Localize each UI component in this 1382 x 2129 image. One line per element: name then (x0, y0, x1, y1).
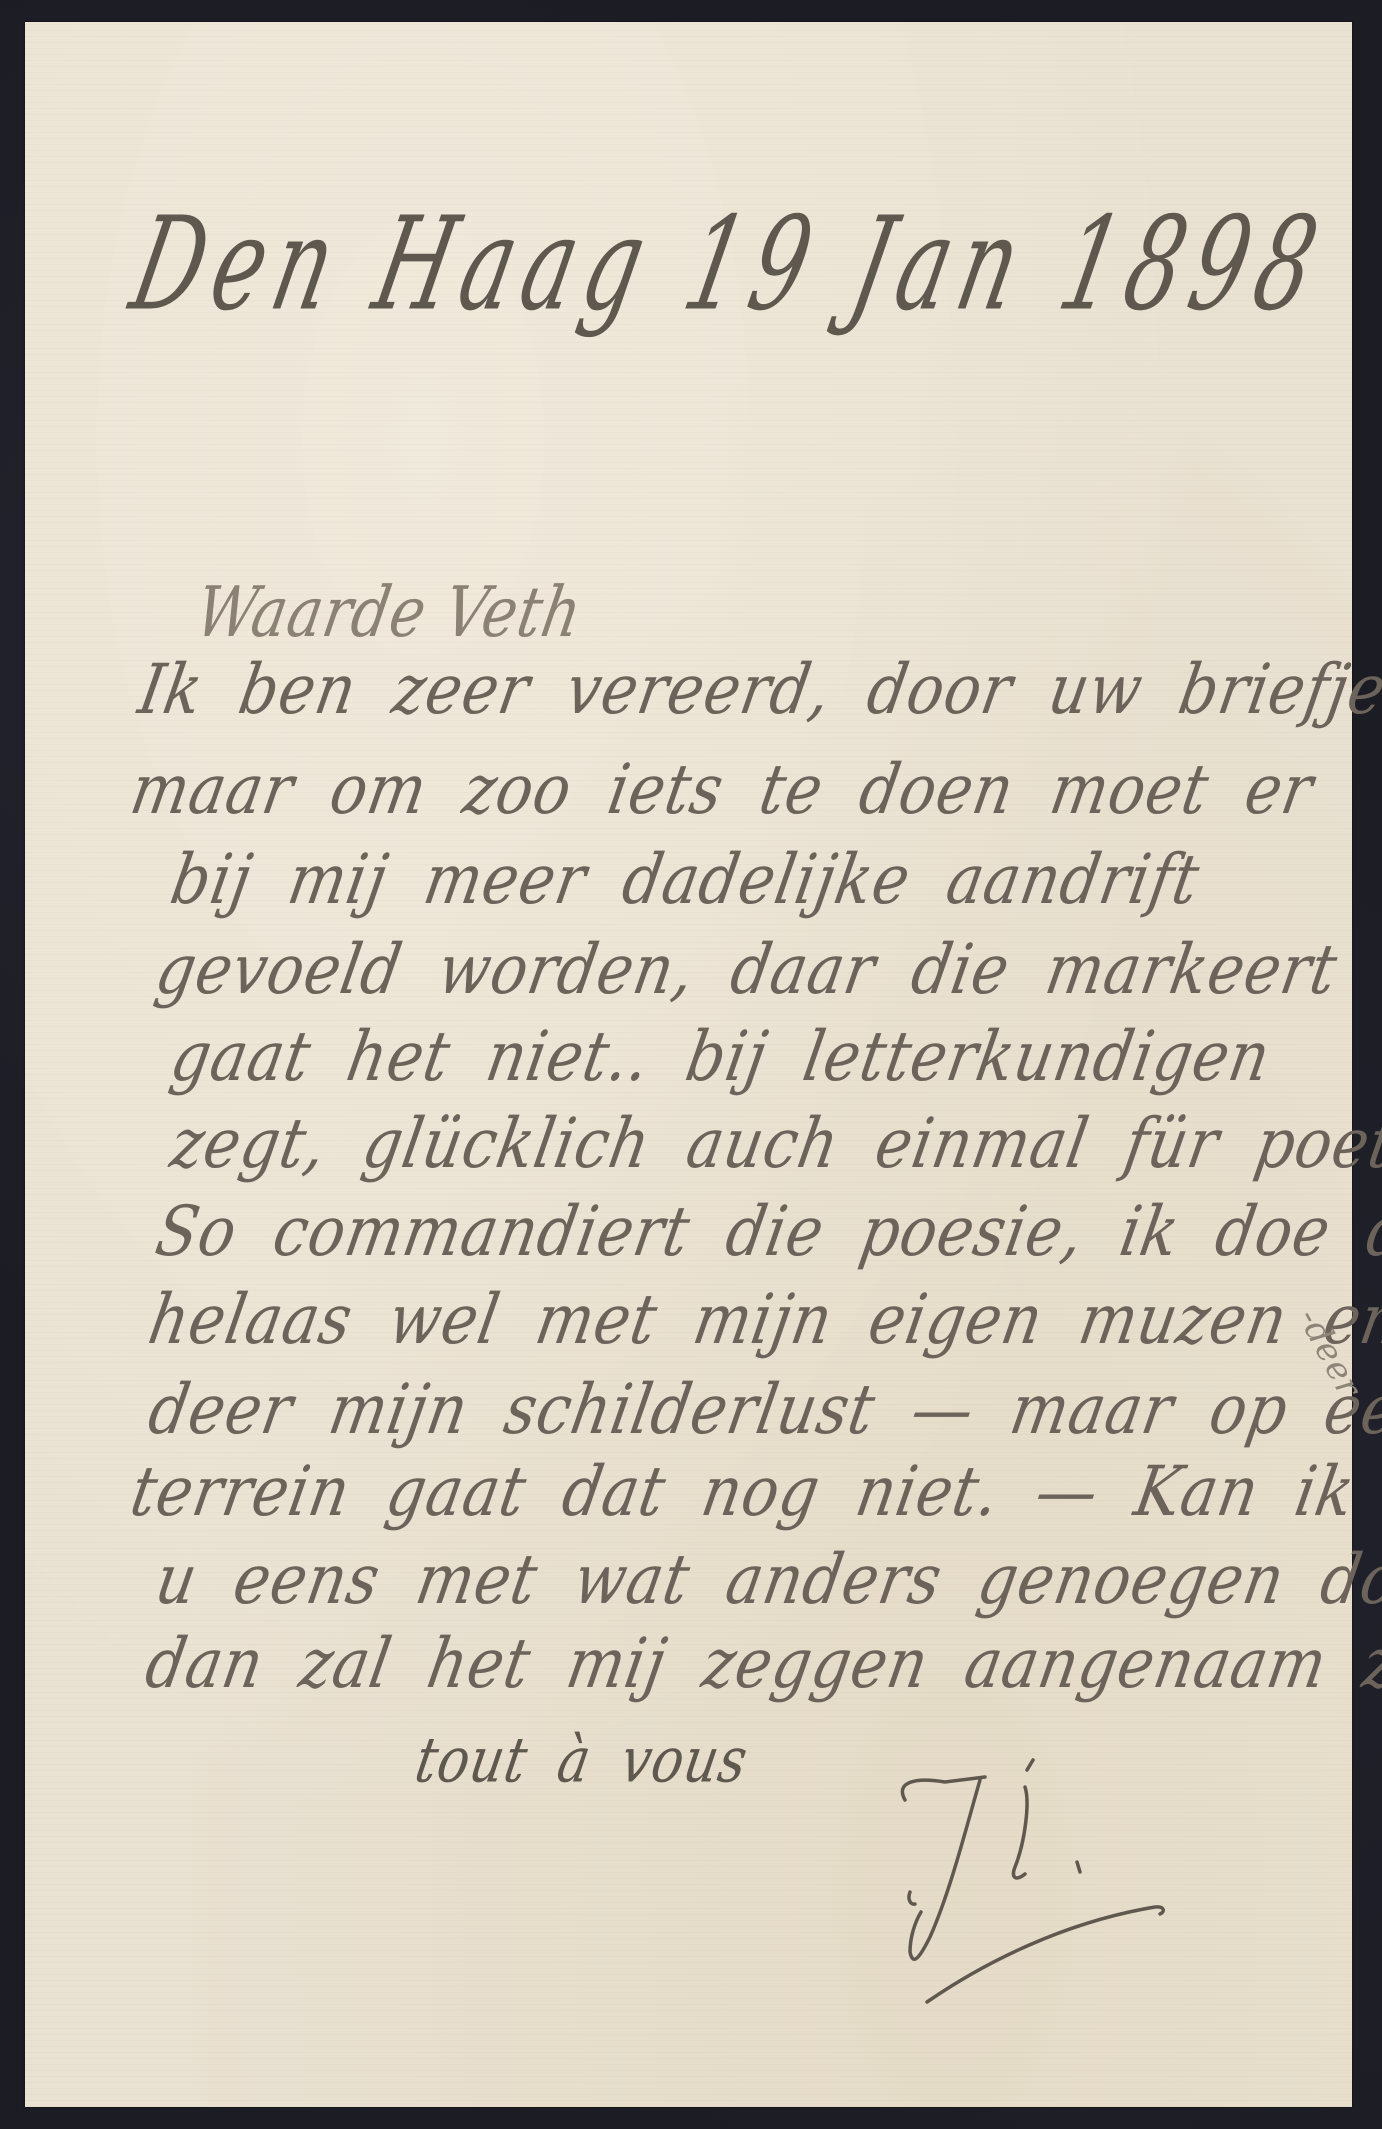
signature-text: J. I. (855, 1722, 856, 1723)
letter-body-line: gaat het niet.. bij letterkundigen (165, 1017, 1277, 1098)
letter-body-line: zegt, glücklich auch einmal für poeten (165, 1104, 1382, 1185)
letter-body-line: gevoeld worden, daar die markeert (150, 930, 1344, 1011)
letter-greeting: Waarde Veth (190, 571, 588, 653)
letter-paper: Den Haag 19 Jan 1898 Waarde Veth Ik ben … (25, 22, 1352, 2107)
letter-body-line: Ik ben zeer vereerd, door uw briefje (133, 650, 1382, 731)
signature-mark-icon (855, 1722, 1185, 2042)
signature: J. I. (855, 1722, 1185, 2042)
letter-body-line: maar om zoo iets te doen moet er (125, 750, 1319, 831)
letter-body-line: terrein gaat dat nog niet. — Kan ik (125, 1452, 1361, 1533)
letter-body-line: helaas wel met mijn eigen muzen en comma… (143, 1280, 1382, 1361)
letter-closing: tout à vous (410, 1725, 753, 1797)
letter-date: Den Haag 19 Jan 1898 (120, 190, 1338, 340)
letter-body-line: u eens met wat anders genoegen doen (150, 1540, 1382, 1621)
letter-body-line: dan zal het mij zeggen aangenaam zijn (140, 1624, 1382, 1705)
letter-body-line: bij mij meer dadelijke aandrift (165, 840, 1206, 921)
letter-body-line: deer mijn schilderlust — maar op een and… (143, 1370, 1382, 1451)
letter-body-line: So commandiert die poesie, ik doe dat (150, 1192, 1382, 1273)
